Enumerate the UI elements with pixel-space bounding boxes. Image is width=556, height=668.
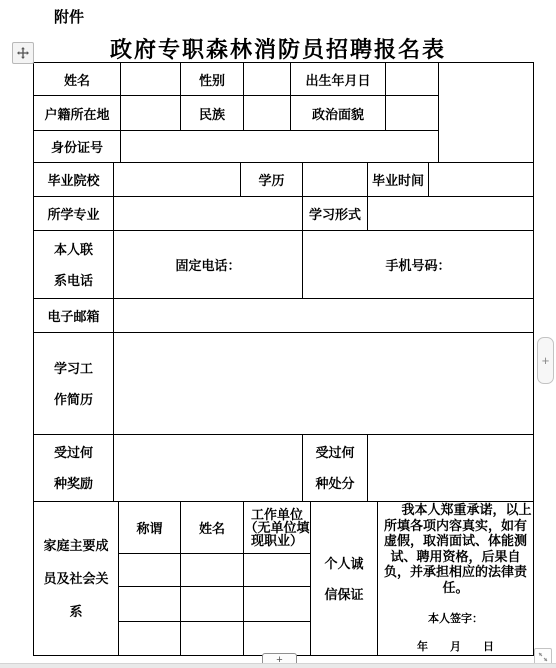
family-name-input-cell[interactable] <box>181 553 244 586</box>
punishment-label: 受过何种处分 <box>303 435 368 502</box>
date-line: 年 月 日 <box>378 640 533 656</box>
basic-info-section: 姓名 性别 出生年月日 户籍所在地 民族 政治面貌 身份证号 <box>33 62 534 163</box>
resume-label: 学习工作简历 <box>34 333 114 435</box>
birth-date-label: 出生年月日 <box>291 63 386 96</box>
resume-row: 学习工作简历 <box>33 332 534 435</box>
contact-phone-label: 本人联系电话 <box>34 231 114 299</box>
punishment-input-cell[interactable] <box>368 435 534 502</box>
family-label: 家庭主要成员及社会关系 <box>34 502 119 656</box>
study-form-input-cell[interactable] <box>368 197 534 231</box>
awards-label: 受过何种奖励 <box>34 435 114 502</box>
family-title-input-cell[interactable] <box>119 587 181 621</box>
ethnicity-label: 民族 <box>181 96 244 131</box>
major-row: 所学专业 学习形式 <box>33 196 534 231</box>
move-icon <box>17 47 29 59</box>
ethnicity-input-cell[interactable] <box>244 96 291 131</box>
signature-label: 本人签字： <box>378 612 533 628</box>
resume-input-cell[interactable] <box>114 333 534 435</box>
email-label: 电子邮箱 <box>34 299 114 333</box>
household-label: 户籍所在地 <box>34 96 121 131</box>
graduation-time-input-cell[interactable] <box>429 163 534 197</box>
name-input-cell[interactable] <box>121 63 181 96</box>
household-input-cell[interactable] <box>121 96 181 131</box>
plus-icon: + <box>542 354 550 367</box>
political-status-label: 政治面貌 <box>291 96 386 131</box>
horizontal-scrollbar[interactable] <box>0 663 556 668</box>
awards-row: 受过何种奖励 受过何种处分 <box>33 434 534 502</box>
family-title-input-cell[interactable] <box>119 621 181 655</box>
birth-date-input-cell[interactable] <box>386 63 439 96</box>
id-number-label: 身份证号 <box>34 131 121 163</box>
awards-input-cell[interactable] <box>114 435 303 502</box>
pledge-statement: 我本人郑重承诺，以上所填各项内容真实，如有虚假，取消面试、体能测试、聘用资格，后… <box>378 502 533 595</box>
table-move-handle[interactable] <box>12 42 34 64</box>
integrity-label: 个人诚信保证 <box>311 502 378 656</box>
graduation-time-label: 毕业时间 <box>368 163 429 197</box>
name-label: 姓名 <box>34 63 121 96</box>
diagonal-resize-icon <box>537 651 549 663</box>
degree-input-cell[interactable] <box>303 163 368 197</box>
family-title-input-cell[interactable] <box>119 553 181 586</box>
application-form-table: 姓名 性别 出生年月日 户籍所在地 民族 政治面貌 身份证号 <box>33 62 533 656</box>
pledge-cell[interactable]: 我本人郑重承诺，以上所填各项内容真实，如有虚假，取消面试、体能测试、聘用资格，后… <box>378 502 534 656</box>
family-workunit-header: 工作单位 （无单位填现职业） <box>244 502 311 554</box>
document-page: 附件 政府专职森林消防员招聘报名表 姓名 性别 出生年月日 户籍所在地 民族 政… <box>0 0 556 668</box>
family-name-input-cell[interactable] <box>181 621 244 655</box>
contact-row: 本人联系电话 固定电话： 手机号码： <box>33 230 534 299</box>
email-row: 电子邮箱 <box>33 298 534 333</box>
add-column-button[interactable]: + <box>537 337 554 384</box>
degree-label: 学历 <box>241 163 303 197</box>
major-input-cell[interactable] <box>114 197 303 231</box>
page-title: 政府专职森林消防员招聘报名表 <box>0 33 556 64</box>
school-label: 毕业院校 <box>34 163 114 197</box>
gender-label: 性别 <box>181 63 244 96</box>
political-status-input-cell[interactable] <box>386 96 439 131</box>
id-number-input-cell[interactable] <box>121 131 439 163</box>
family-integrity-section: 家庭主要成员及社会关系 称谓 姓名 工作单位 （无单位填现职业） 个人诚信保证 … <box>33 501 534 656</box>
mobile-input-cell[interactable]: 手机号码： <box>303 231 534 299</box>
family-title-header: 称谓 <box>119 502 181 554</box>
attachment-label: 附件 <box>54 6 84 27</box>
family-workunit-input-cell[interactable] <box>244 553 311 586</box>
landline-input-cell[interactable]: 固定电话： <box>114 231 303 299</box>
education-row: 毕业院校 学历 毕业时间 <box>33 162 534 197</box>
family-workunit-input-cell[interactable] <box>244 587 311 621</box>
school-input-cell[interactable] <box>114 163 241 197</box>
family-name-input-cell[interactable] <box>181 587 244 621</box>
email-input-cell[interactable] <box>114 299 534 333</box>
gender-input-cell[interactable] <box>244 63 291 96</box>
family-name-header: 姓名 <box>181 502 244 554</box>
photo-cell[interactable] <box>439 63 534 163</box>
study-form-label: 学习形式 <box>303 197 368 231</box>
family-workunit-input-cell[interactable] <box>244 621 311 655</box>
major-label: 所学专业 <box>34 197 114 231</box>
